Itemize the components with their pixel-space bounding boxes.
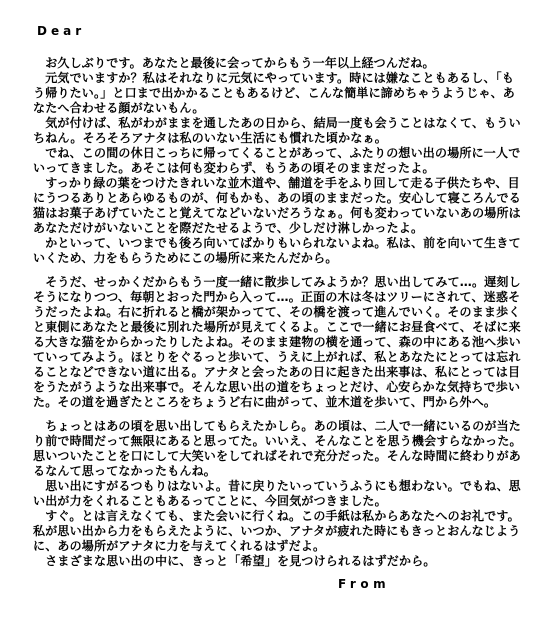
- letter-document: Dear お久しぶりです。あなたと最後に会ってからもう一年以上経つんだね。 元気…: [0, 0, 554, 624]
- closing: From: [338, 577, 390, 592]
- paragraph-closing-thoughts: ちょっとはあの頃を思い出してもらえたかしら。あの頃は、二人で一緒にいるのが当た …: [33, 419, 527, 569]
- paragraph-walk-memories: そうだ、せっかくだからもう一度一緒に散歩してみようか？思い出してみて…。遅刻し …: [33, 275, 527, 410]
- salutation: Dear: [37, 24, 85, 39]
- paragraph-greeting: お久しぶりです。あなたと最後に会ってからもう一年以上経つんだね。 元気でいますか…: [33, 56, 527, 266]
- letter-body: お久しぶりです。あなたと最後に会ってからもう一年以上経つんだね。 元気でいますか…: [33, 56, 527, 578]
